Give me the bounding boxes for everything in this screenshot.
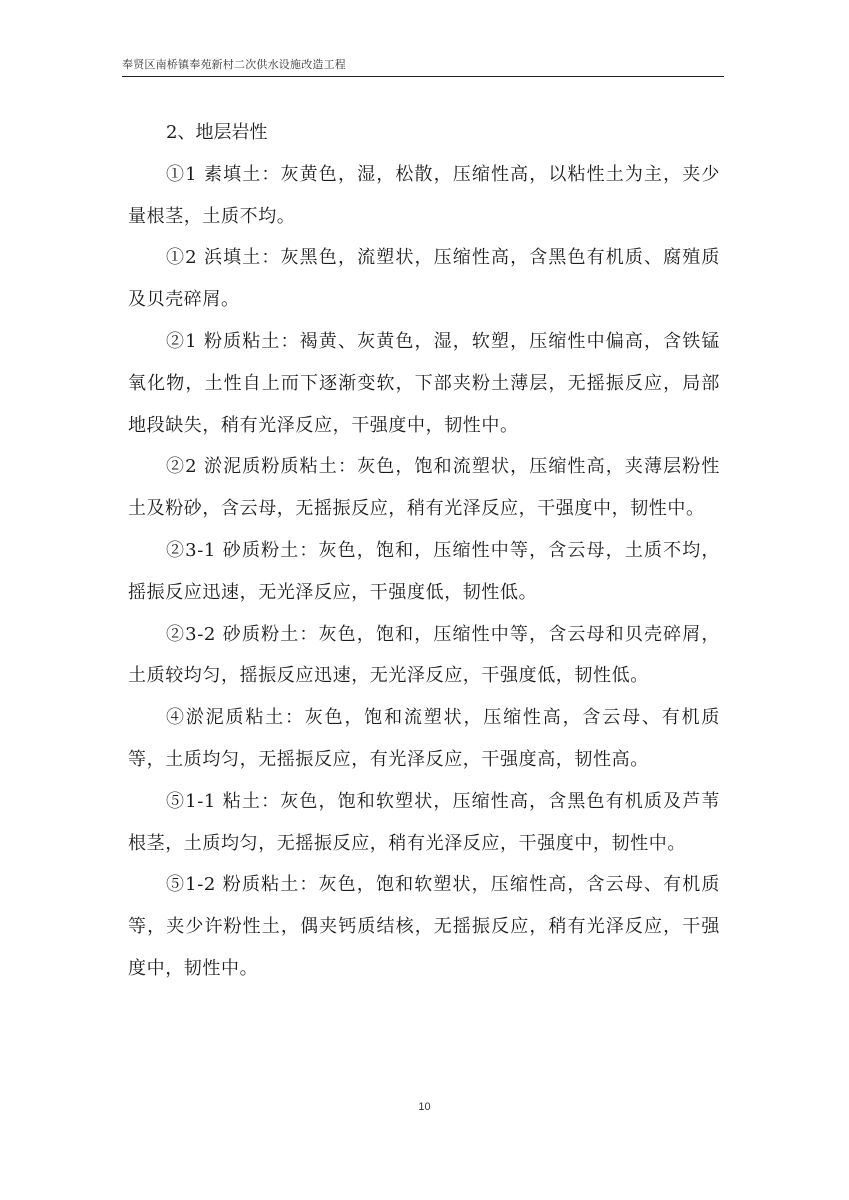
paragraph-layer-4: ④淤泥质粘土：灰色，饱和流塑状，压缩性高，含云母、有机质等，土质均匀，无摇振反应… (128, 697, 720, 781)
paragraph-layer-1-1: ①1 素填土：灰黄色，湿，松散，压缩性高，以粘性土为主，夹少量根茎，土质不均。 (128, 154, 720, 238)
paragraph-layer-1-2: ①2 浜填土：灰黑色，流塑状，压缩性高，含黑色有机质、腐殖质及贝壳碎屑。 (128, 237, 720, 321)
paragraph-layer-5-1-2: ⑤1-2 粉质粘土：灰色，饱和软塑状，压缩性高，含云母、有机质等，夹少许粉性土，… (128, 864, 720, 989)
page-number: 10 (0, 1101, 849, 1113)
header-title: 奉贤区南桥镇奉苑新村二次供水设施改造工程 (122, 58, 724, 72)
paragraph-layer-2-3-1: ②3-1 砂质粉土：灰色，饱和，压缩性中等，含云母，土质不均，摇振反应迅速，无光… (128, 530, 720, 614)
paragraph-layer-2-2: ②2 淤泥质粉质粘土：灰色，饱和流塑状，压缩性高，夹薄层粉性土及粉砂，含云母，无… (128, 446, 720, 530)
paragraph-layer-2-3-2: ②3-2 砂质粉土：灰色，饱和，压缩性中等，含云母和贝壳碎屑，土质较均匀，摇振反… (128, 614, 720, 698)
document-body: 2、地层岩性 ①1 素填土：灰黄色，湿，松散，压缩性高，以粘性土为主，夹少量根茎… (128, 112, 720, 990)
paragraph-layer-5-1-1: ⑤1-1 粘土：灰色，饱和软塑状，压缩性高，含黑色有机质及芦苇根茎，土质均匀，无… (128, 781, 720, 865)
running-header: 奉贤区南桥镇奉苑新村二次供水设施改造工程 (122, 58, 724, 77)
section-heading: 2、地层岩性 (128, 112, 720, 154)
paragraph-layer-2-1: ②1 粉质粘土：褐黄、灰黄色，湿，软塑，压缩性中偏高，含铁锰氧化物，土性自上而下… (128, 321, 720, 446)
